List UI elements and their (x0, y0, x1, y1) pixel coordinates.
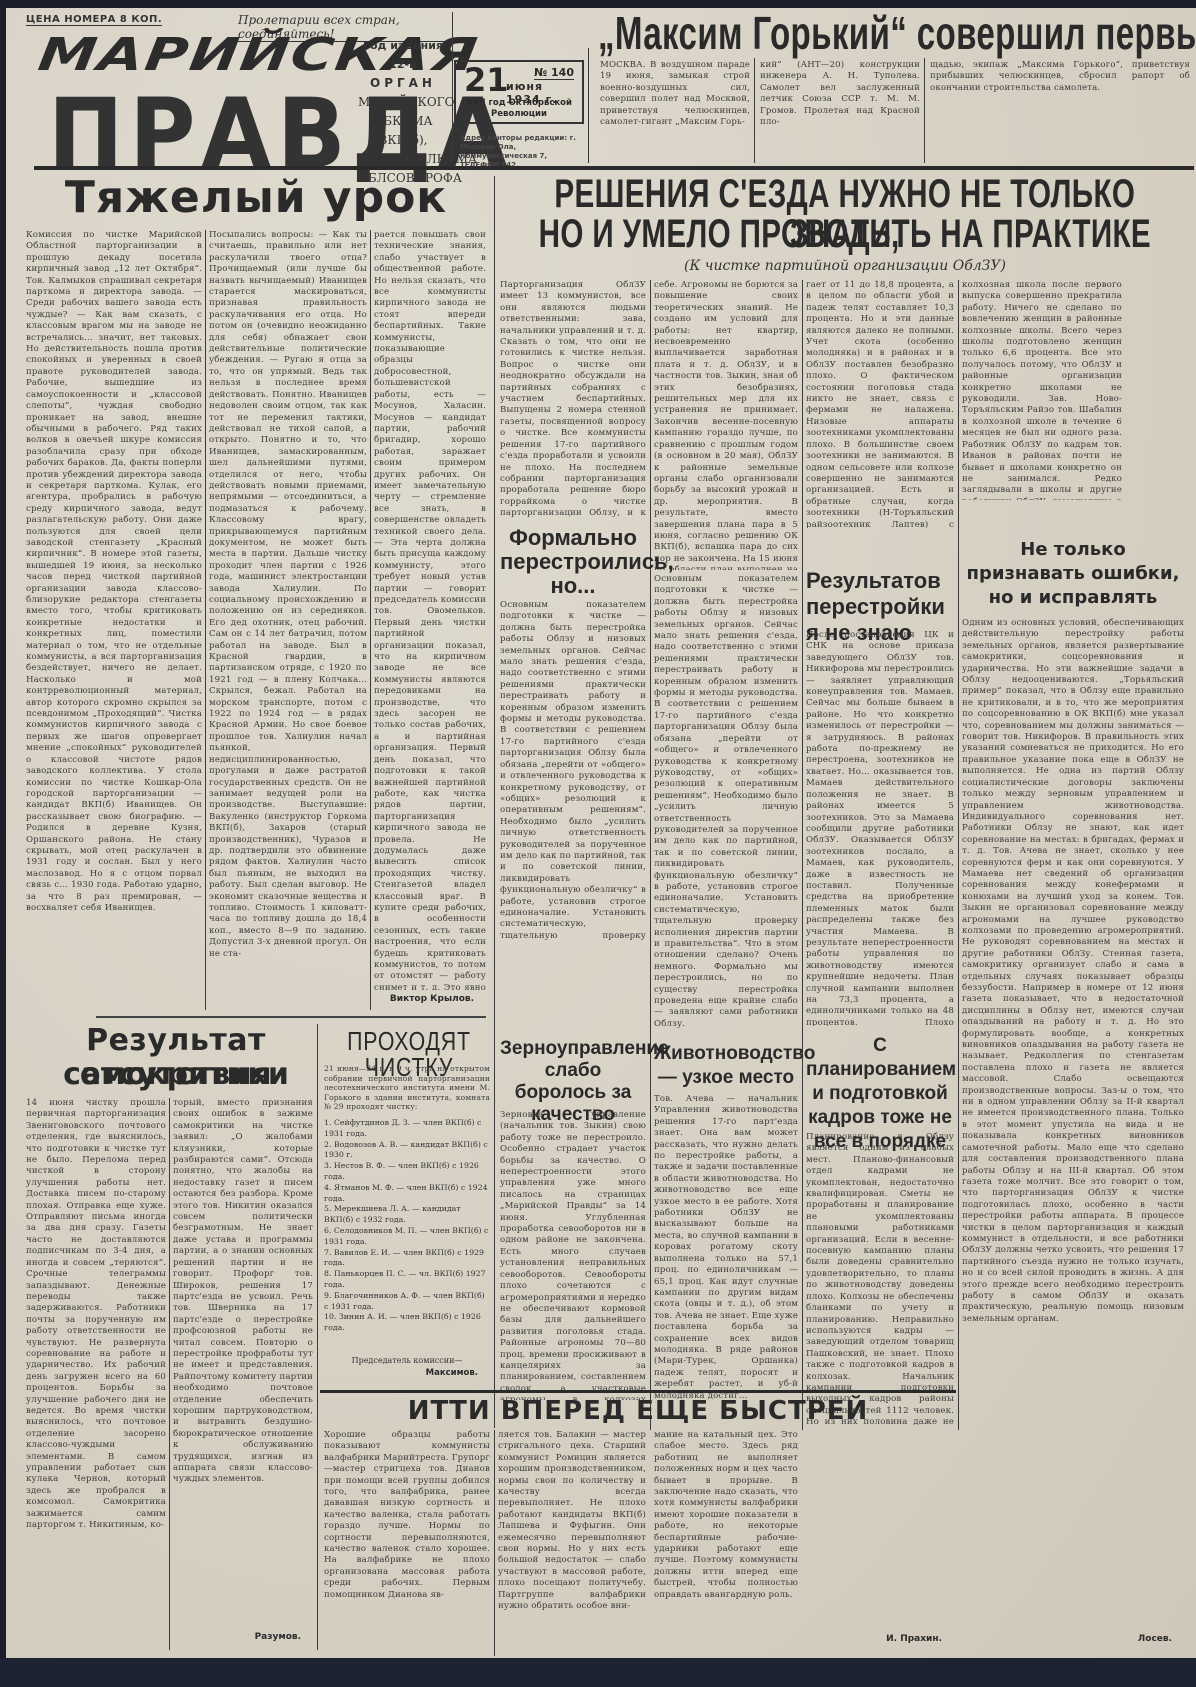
gorky-col-1: МОСКВА. В воздушном параде 19 июня, замы… (600, 60, 750, 128)
divider (317, 1024, 318, 1650)
divider (924, 58, 925, 163)
heavy-lesson-signature: Виктор Крылов. (374, 994, 486, 1004)
purge-list-intro: 21 июня—34 г. в 9 ч. утра на открытом со… (324, 1064, 490, 1112)
gorky-col-2: кий“ (АНТ—20) конструкции инженера А. Н.… (760, 60, 920, 128)
editorial-address: Адрес конторы редакции: г. Мышкар Ола, К… (460, 134, 584, 170)
self-criticism-signature: Разумов. (173, 1632, 313, 1642)
section-results-text: После постановления ЦК и СНК на основе п… (806, 630, 954, 1026)
newspaper-page: ЦЕНА НОМЕРА 8 КОП. Пролетарии всех стран… (6, 8, 1196, 1658)
self-criticism-col-1: 14 июня чистку прошла первичная парторга… (26, 1098, 166, 1650)
masthead-rule (34, 166, 1194, 170)
heavy-lesson-headline: Тяжелый урок (26, 176, 486, 220)
section-livestock-headline: Животноводство — узкое место (654, 1042, 798, 1090)
date-day: 21 (464, 64, 509, 96)
divider (452, 12, 453, 162)
divider (588, 48, 589, 163)
section-rule (320, 1390, 956, 1393)
congress-headline-line2: НО И УМЕЛО ПРОВОДИТЬ НА ПРАКТИКЕ (500, 214, 1190, 254)
congress-col-4-intro: колхозная школа после первого выпуска со… (962, 280, 1122, 500)
purge-list-item: 1. Сейфутдинов Д. З. — член ВКП(б) с 193… (324, 1118, 490, 1140)
purge-list: 1. Сейфутдинов Д. З. — член ВКП(б) с 193… (324, 1118, 490, 1334)
divider (802, 280, 803, 1430)
divider (650, 280, 651, 1430)
divider (494, 1430, 495, 1656)
purge-list-item: 3. Нестов В. Ф. — член ВКП(б) с 1926 год… (324, 1161, 490, 1183)
gorky-col-3: щадью, экипаж „Максима Горького“, привет… (930, 60, 1190, 94)
purge-list-item: 7. Вавилов Е. И. — член ВКП(б) с 1929 го… (324, 1248, 490, 1270)
heavy-lesson-col-3: рается повышать свои технические знания,… (374, 230, 486, 990)
section-rule (96, 1016, 486, 1018)
purge-list-item: 2. Водовозов А. В. — кандидат ВКП(б) с 1… (324, 1140, 490, 1162)
scan-background (0, 1658, 1196, 1687)
purge-chair-label: Председатель комиссии— (324, 1356, 490, 1365)
purge-list-item: 8. Панькорцев П. С. — чл. ВКП(б) 1927 го… (324, 1269, 490, 1291)
forward-signature: И. Прахин. (806, 1634, 954, 1644)
divider (205, 230, 206, 1010)
forward-col-3: мание на катальный цех. Это слабое место… (654, 1430, 798, 1638)
divider (494, 176, 495, 1428)
issue-number: № 140 (534, 66, 574, 80)
revolution-year: XVII год Октябрьской Революции (456, 98, 582, 120)
section-livestock-text: Тов. Ачева — начальник Управления животн… (654, 1094, 798, 1434)
section-planning-text: Планирование в Облзу является одним из с… (806, 1132, 954, 1428)
year-label: Год издания 12-й (358, 36, 448, 74)
divider (169, 1098, 170, 1650)
congress-col-2-cont: Основным показателем подготовки к чистке… (654, 574, 798, 1030)
self-criticism-headline-2: самокритики (26, 1058, 326, 1092)
forward-col-1: Хорошие образцы работы показывают коммун… (324, 1430, 490, 1656)
section-errors-signature: Лосев. (962, 1634, 1184, 1644)
price-label: ЦЕНА НОМЕРА 8 КОП. (26, 14, 162, 26)
purge-chair-name: Максимов. (324, 1368, 490, 1378)
purge-list-item: 6. Селодовников М. П. — член ВКП(б) с 19… (324, 1226, 490, 1248)
purge-list-item: 5. Мерекшиева Л. А. — кандидат ВКП(б) с … (324, 1204, 490, 1226)
forward-col-2: ляется тов. Балакин — мастер стригальног… (498, 1430, 646, 1656)
purge-list-item: 10. Зинин А. И. — член ВКП(б) с 1926 год… (324, 1312, 490, 1334)
purge-list-item: 4. Ятманов М. Ф. — член ВКП(б) с 1924 го… (324, 1183, 490, 1205)
divider (754, 58, 755, 163)
organ-line: МАРИЙСКОГО (358, 93, 448, 112)
section-errors-text: Одним из основных условий, обеспечивающи… (962, 618, 1184, 1638)
heavy-lesson-col-2: Посыпались вопросы: — Как ты считаешь, п… (209, 230, 367, 1010)
section-formally-headline: Формально перестроились, но... (500, 526, 646, 598)
self-criticism-col-2: торый, вместо признания своих ошибок в з… (173, 1098, 313, 1634)
section-errors-headline: Не только признавать ошибки, но и исправ… (962, 538, 1184, 610)
organ-label: ОРГАН (358, 74, 448, 93)
gorky-headline: „Максим Горький“ совершил первый полет (598, 10, 1196, 56)
date-box: 21 № 140 июня 1934 г. XVII год Октябрьск… (454, 60, 584, 124)
section-formally-text: Основным показателем подготовки к чистке… (500, 600, 646, 940)
divider (370, 230, 371, 1010)
purge-list-item: 9. Благочинников А. Ф. — член ВКП(б) с 1… (324, 1291, 490, 1313)
heavy-lesson-col-1: Комиссия по чистке Марийской Областной п… (26, 230, 202, 1010)
congress-col-2-intro: себе. Агрономы не борются за повышение с… (654, 280, 798, 570)
congress-col-3-intro: гает от 11 до 18,8 процента, а в целом п… (806, 280, 954, 528)
section-grain-text: Зерновое управление (начальник тов. Зыки… (500, 1110, 646, 1400)
forward-headline: ИТТИ ВПЕРЕД ЕЩЕ БЫСТРЕЙ (324, 1398, 952, 1424)
divider (958, 280, 959, 1430)
congress-subheadline: (К чистке партийной организации ОблЗУ) (500, 258, 1190, 274)
organ-line: ОБКОМА ВКП(б), (358, 112, 448, 150)
congress-col-1-intro: Парторганизация ОблЗУ имеет 13 коммунист… (500, 280, 646, 520)
